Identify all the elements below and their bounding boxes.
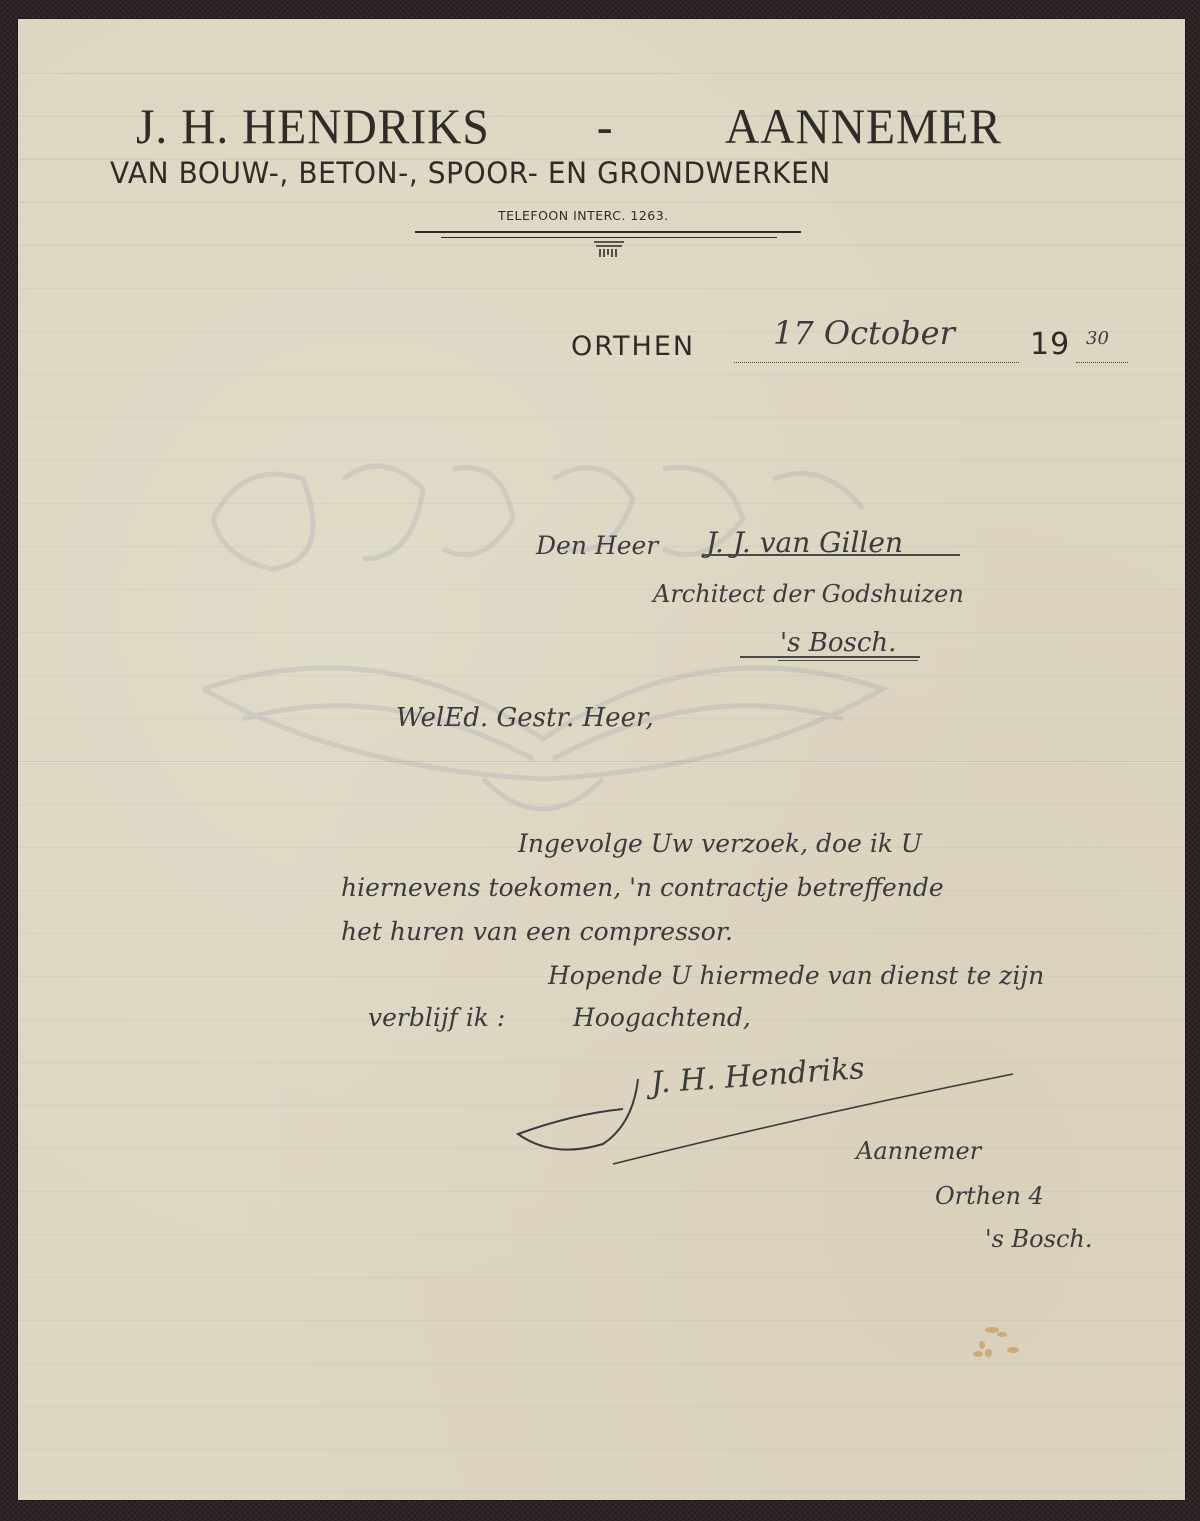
- body-line-1: Ingevolge Uw verzoek, doe ik U: [518, 831, 922, 856]
- body-line-3: het huren van een compressor.: [341, 919, 733, 944]
- addressee-prefix: Den Heer: [536, 533, 658, 558]
- dateline-day-month: 17 October: [773, 317, 955, 349]
- letterhead-name: J. H. HENDRIKS: [136, 98, 490, 154]
- letterhead-separator: -: [597, 101, 614, 151]
- signature-address-line2: 's Bosch.: [985, 1227, 1092, 1251]
- signature-role: Aannemer: [856, 1139, 981, 1163]
- greeting: WelEd. Gestr. Heer,: [396, 705, 654, 731]
- addressee-city-underline: [740, 656, 920, 658]
- dateline-century: 19: [1030, 327, 1070, 362]
- dateline-place: ORTHEN: [571, 331, 695, 362]
- addressee-name-underline: [702, 554, 960, 556]
- body-line-6-complimentary-close: Hoogachtend,: [573, 1005, 751, 1030]
- dateline-year-dotted-line: [1076, 362, 1128, 363]
- letterhead-phone: TELEFOON INTERC. 1263.: [498, 208, 669, 223]
- addressee-city: 's Bosch.: [780, 630, 896, 656]
- dateline-dotted-line: [734, 362, 1019, 363]
- dateline-year: 30: [1086, 330, 1109, 348]
- signature-address-line1: Orthen 4: [935, 1184, 1044, 1208]
- addressee-name: J. J. van Gillen: [706, 529, 903, 557]
- body-line-2: hiernevens toekomen, 'n contractje betre…: [341, 875, 944, 900]
- foxing-stain: [973, 1327, 1033, 1367]
- addressee-title: Architect der Godshuizen: [653, 582, 964, 606]
- paper-fold-crease: [18, 761, 1185, 764]
- letterhead-ornament-icon: [592, 239, 626, 259]
- body-line-4: Hopende U hiermede van dienst te zijn: [548, 963, 1044, 988]
- body-line-5-closing-lead: verblijf ik :: [368, 1005, 505, 1030]
- letterhead-subtitle: VAN BOUW-, BETON-, SPOOR- EN GRONDWERKEN: [110, 159, 1094, 188]
- letterhead-company-name: J. H. HENDRIKS - AANNEMER: [136, 101, 1048, 151]
- addressee-city-underline-2: [778, 660, 918, 661]
- letterhead-rule-top: [415, 231, 801, 233]
- letter-paper: J. H. HENDRIKS - AANNEMER VAN BOUW-, BET…: [18, 19, 1185, 1500]
- letterhead-role: AANNEMER: [725, 101, 1002, 151]
- letterhead-rule-bottom: [441, 237, 777, 238]
